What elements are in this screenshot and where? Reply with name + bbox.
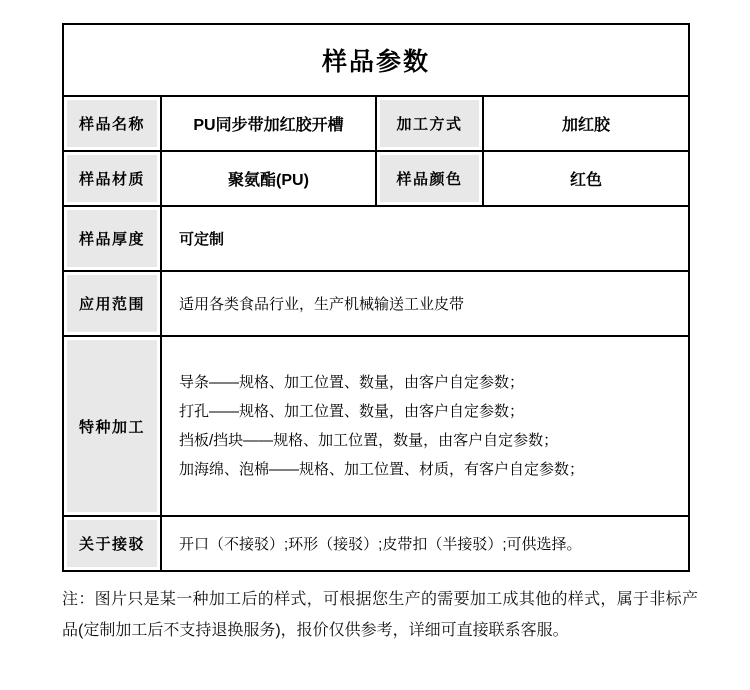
table-row: 样品材质 聚氨酯(PU) 样品颜色 红色 bbox=[63, 151, 689, 206]
label-application-scope: 应用范围 bbox=[63, 271, 161, 336]
table-row: 特种加工 导条——规格、加工位置、数量，由客户自定参数； 打孔——规格、加工位置… bbox=[63, 336, 689, 516]
label-sample-color: 样品颜色 bbox=[376, 151, 483, 206]
value-special-processing: 导条——规格、加工位置、数量，由客户自定参数； 打孔——规格、加工位置、数量，由… bbox=[161, 336, 689, 516]
label-sample-material: 样品材质 bbox=[63, 151, 161, 206]
value-processing-method: 加红胶 bbox=[483, 96, 689, 151]
label-sample-thickness: 样品厚度 bbox=[63, 206, 161, 271]
value-sample-color: 红色 bbox=[483, 151, 689, 206]
table-row: 样品名称 PU同步带加红胶开槽 加工方式 加红胶 bbox=[63, 96, 689, 151]
table-title: 样品参数 bbox=[63, 24, 689, 96]
sample-parameters-table: 样品参数 样品名称 PU同步带加红胶开槽 加工方式 加红胶 样品材质 聚氨酯(P… bbox=[62, 23, 690, 572]
value-about-joining: 开口（不接驳）;环形（接驳）;皮带扣（半接驳）;可供选择。 bbox=[161, 516, 689, 571]
label-sample-name: 样品名称 bbox=[63, 96, 161, 151]
special-processing-line-guide-strips: 导条——规格、加工位置、数量，由客户自定参数； bbox=[179, 368, 680, 397]
special-processing-line-baffles: 挡板/挡块——规格、加工位置，数量，由客户自定参数； bbox=[179, 426, 680, 455]
table-row: 关于接驳 开口（不接驳）;环形（接驳）;皮带扣（半接驳）;可供选择。 bbox=[63, 516, 689, 571]
table-title-row: 样品参数 bbox=[63, 24, 689, 96]
value-sample-name: PU同步带加红胶开槽 bbox=[161, 96, 376, 151]
value-application-scope: 适用各类食品行业，生产机械输送工业皮带 bbox=[161, 271, 689, 336]
label-about-joining: 关于接驳 bbox=[63, 516, 161, 571]
special-processing-line-sponge-foam: 加海绵、泡棉——规格、加工位置、材质，有客户自定参数； bbox=[179, 455, 680, 484]
label-processing-method: 加工方式 bbox=[376, 96, 483, 151]
table-row: 应用范围 适用各类食品行业，生产机械输送工业皮带 bbox=[63, 271, 689, 336]
value-sample-thickness: 可定制 bbox=[161, 206, 689, 271]
table-row: 样品厚度 可定制 bbox=[63, 206, 689, 271]
label-special-processing: 特种加工 bbox=[63, 336, 161, 516]
product-spec-page: 样品参数 样品名称 PU同步带加红胶开槽 加工方式 加红胶 样品材质 聚氨酯(P… bbox=[0, 0, 750, 690]
special-processing-line-punching: 打孔——规格、加工位置、数量，由客户自定参数； bbox=[179, 397, 680, 426]
footnote: 注：图片只是某一种加工后的样式，可根据您生产的需要加工成其他的样式，属于非标产品… bbox=[62, 584, 698, 646]
value-sample-material: 聚氨酯(PU) bbox=[161, 151, 376, 206]
